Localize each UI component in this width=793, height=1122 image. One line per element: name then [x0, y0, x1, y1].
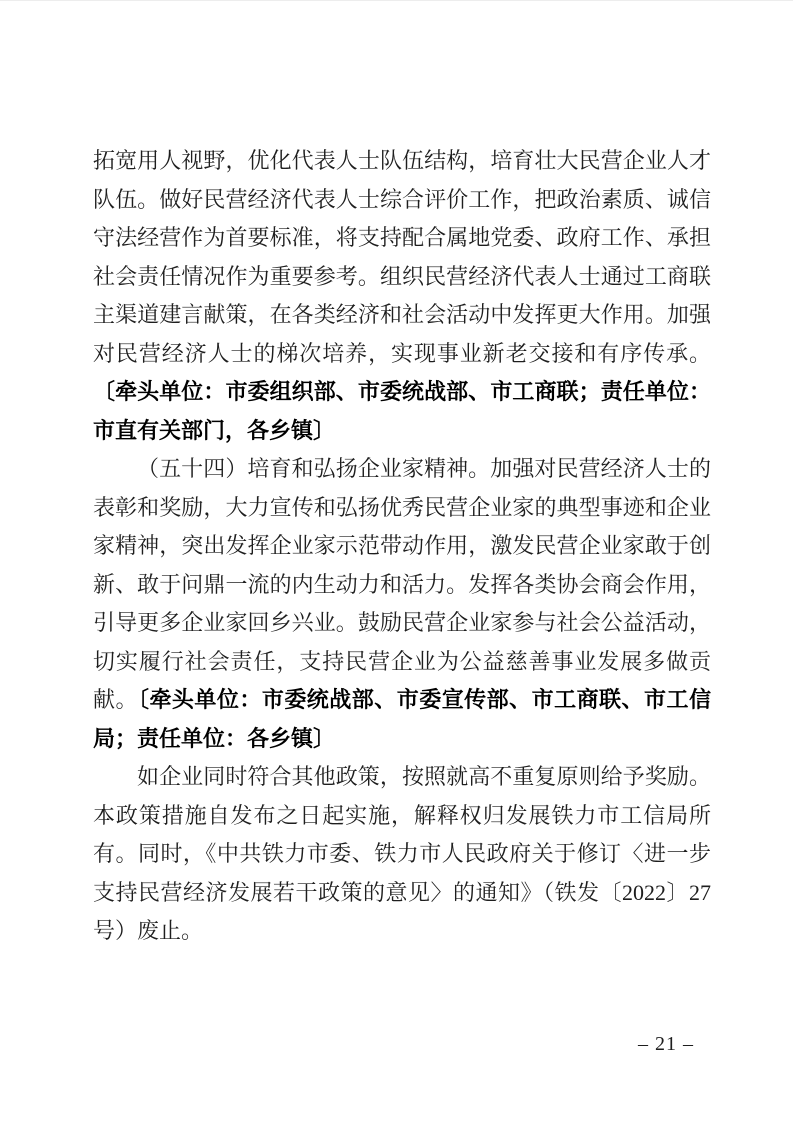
body-text-run: 如企业同时符合其他政策，按照就高不重复原则给予奖励。本政策措施自发布之日起实施，… — [93, 764, 711, 943]
lead-unit-bold-run: 〔牵头单位：市委统战部、市委宣传部、市工商联、市工信局；责任单位：各乡镇〕 — [93, 687, 711, 751]
page-top-edge — [0, 0, 793, 1]
paragraph-closing: 如企业同时符合其他政策，按照就高不重复原则给予奖励。本政策措施自发布之日起实施，… — [93, 758, 711, 951]
document-body: 拓宽用人视野，优化代表人士队伍结构，培育壮大民营企业人才队伍。做好民营经济代表人… — [93, 142, 711, 951]
lead-unit-bold-run: 〔牵头单位：市委组织部、市委统战部、市工商联；责任单位：市直有关部门，各乡镇〕 — [93, 379, 711, 443]
paragraph-53-continuation: 拓宽用人视野，优化代表人士队伍结构，培育壮大民营企业人才队伍。做好民营经济代表人… — [93, 142, 711, 450]
page-number: – 21 – — [606, 1033, 726, 1056]
body-text-run: 加强对民营经济人士的表彰和奖励，大力宣传和弘扬优秀民营企业家的典型事迹和企业家精… — [93, 456, 711, 712]
paragraph-54: （五十四）培育和弘扬企业家精神。加强对民营经济人士的表彰和奖励，大力宣传和弘扬优… — [93, 450, 711, 758]
item-54-title-run: （五十四）培育和弘扬企业家精神。 — [137, 456, 490, 481]
body-text-run: 拓宽用人视野，优化代表人士队伍结构，培育壮大民营企业人才队伍。做好民营经济代表人… — [93, 148, 711, 366]
document-page: 拓宽用人视野，优化代表人士队伍结构，培育壮大民营企业人才队伍。做好民营经济代表人… — [0, 0, 793, 1122]
